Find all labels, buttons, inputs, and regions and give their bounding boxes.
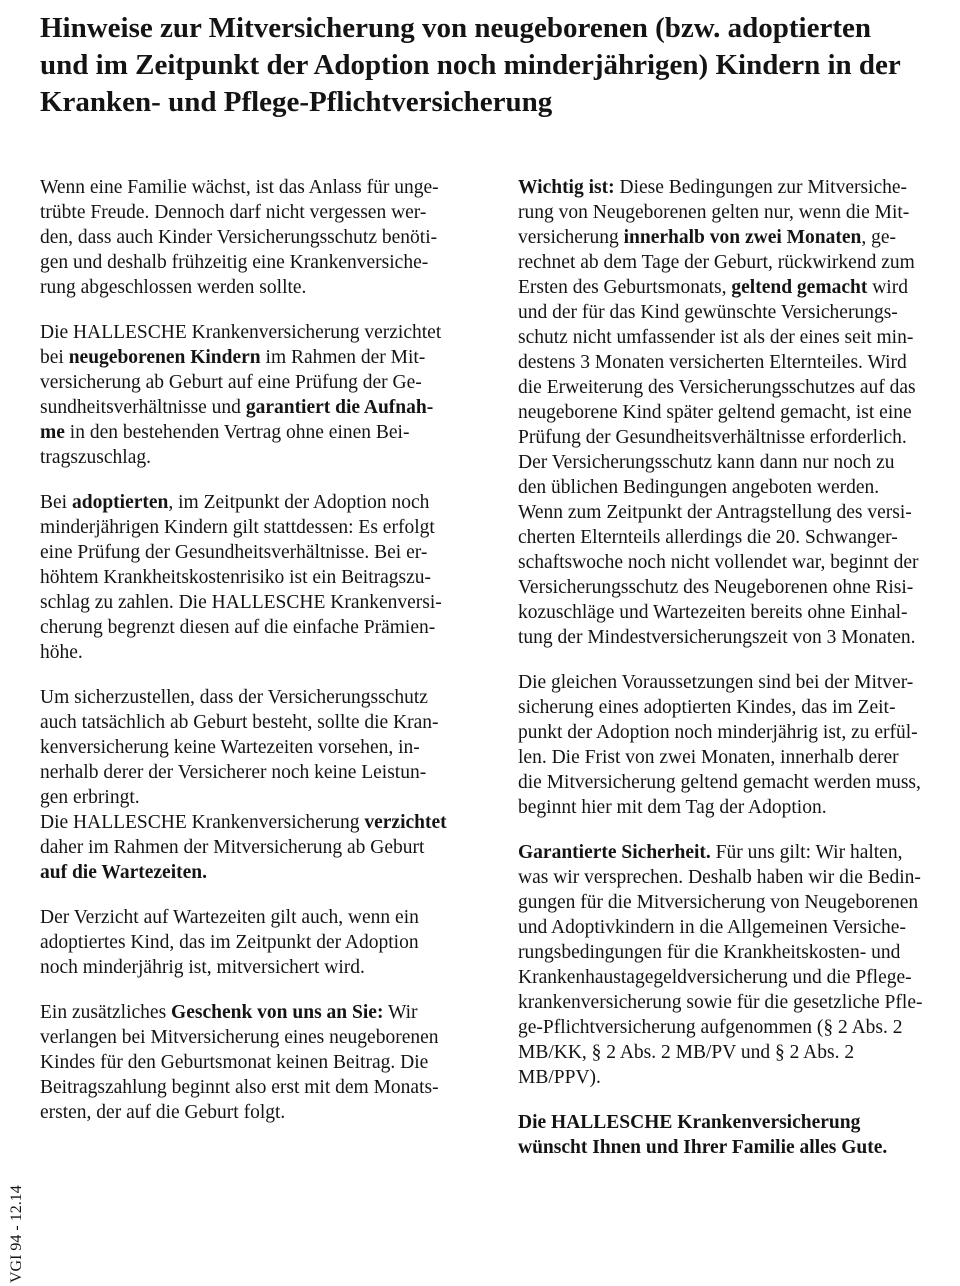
- left-column: Wenn eine Familie wächst, ist das Anlass…: [40, 175, 492, 1145]
- document-page: Hinweise zur Mitversicherung von neugebo…: [0, 0, 960, 1286]
- right-column: Wichtig ist: Diese Bedingungen zur Mitve…: [518, 175, 958, 1180]
- right-paragraph-4: Die HALLESCHE Krankenversicherung wünsch…: [518, 1110, 958, 1160]
- form-number-label: VGI 94 - 12.14: [8, 1185, 26, 1283]
- left-paragraph-3: Bei adoptierten, im Zeitpunkt der Adopti…: [40, 490, 492, 665]
- left-paragraph-5: Der Verzicht auf Wartezeiten gilt auch, …: [40, 905, 492, 980]
- two-column-layout: Wenn eine Familie wächst, ist das Anlass…: [40, 175, 960, 1180]
- left-paragraph-2: Die HALLESCHE Krankenversicherung verzic…: [40, 320, 492, 470]
- left-paragraph-4: Um sicherzustellen, dass der Versicherun…: [40, 685, 492, 885]
- right-paragraph-2: Die gleichen Voraussetzungen sind bei de…: [518, 670, 958, 820]
- left-paragraph-1: Wenn eine Familie wächst, ist das Anlass…: [40, 175, 492, 300]
- page-title: Hinweise zur Mitversicherung von neugebo…: [40, 10, 960, 121]
- left-paragraph-6: Ein zusätzliches Geschenk von uns an Sie…: [40, 1000, 492, 1125]
- right-paragraph-1: Wichtig ist: Diese Bedingungen zur Mitve…: [518, 175, 958, 650]
- right-paragraph-3: Garantierte Sicherheit. Für uns gilt: Wi…: [518, 840, 958, 1090]
